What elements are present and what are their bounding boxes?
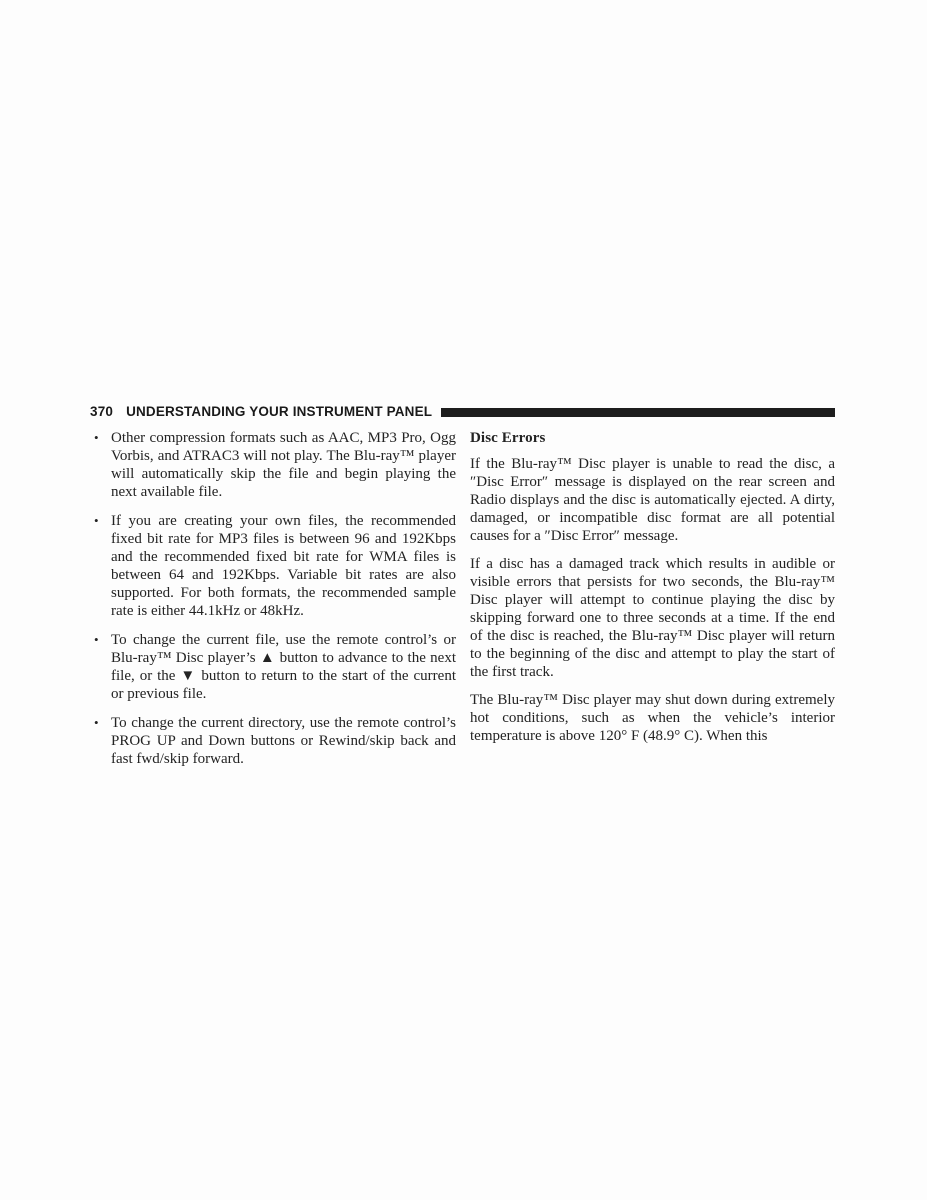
bullet-item: • Other compression formats such as AAC,… [90,429,456,501]
page-number: 370 [90,404,113,420]
left-column: • Other compression formats such as AAC,… [90,429,456,779]
bullet-text: Other compression formats such as AAC, M… [111,429,456,501]
page-header: 370 UNDERSTANDING YOUR INSTRUMENT PANEL [90,404,835,420]
bullet-text: If you are creating your own files, the … [111,512,456,620]
bullet-marker: • [90,631,111,703]
paragraph: If a disc has a damaged track which resu… [470,555,835,681]
bullet-item: • To change the current file, use the re… [90,631,456,703]
bullet-text: To change the current file, use the remo… [111,631,456,703]
text-columns: • Other compression formats such as AAC,… [90,429,835,779]
paragraph: The Blu-ray™ Disc player may shut down d… [470,691,835,745]
section-heading-disc-errors: Disc Errors [470,429,835,447]
right-column: Disc Errors If the Blu-ray™ Disc player … [470,429,835,779]
bullet-item: • If you are creating your own files, th… [90,512,456,620]
bullet-marker: • [90,512,111,620]
paragraph: If the Blu-ray™ Disc player is unable to… [470,455,835,545]
bullet-marker: • [90,429,111,501]
page-content: 370 UNDERSTANDING YOUR INSTRUMENT PANEL … [90,404,835,779]
page-title: UNDERSTANDING YOUR INSTRUMENT PANEL [126,404,432,420]
manual-page: 370 UNDERSTANDING YOUR INSTRUMENT PANEL … [0,0,927,1200]
bullet-item: • To change the current directory, use t… [90,714,456,768]
bullet-text: To change the current directory, use the… [111,714,456,768]
bullet-marker: • [90,714,111,768]
header-rule-bar [441,408,835,417]
